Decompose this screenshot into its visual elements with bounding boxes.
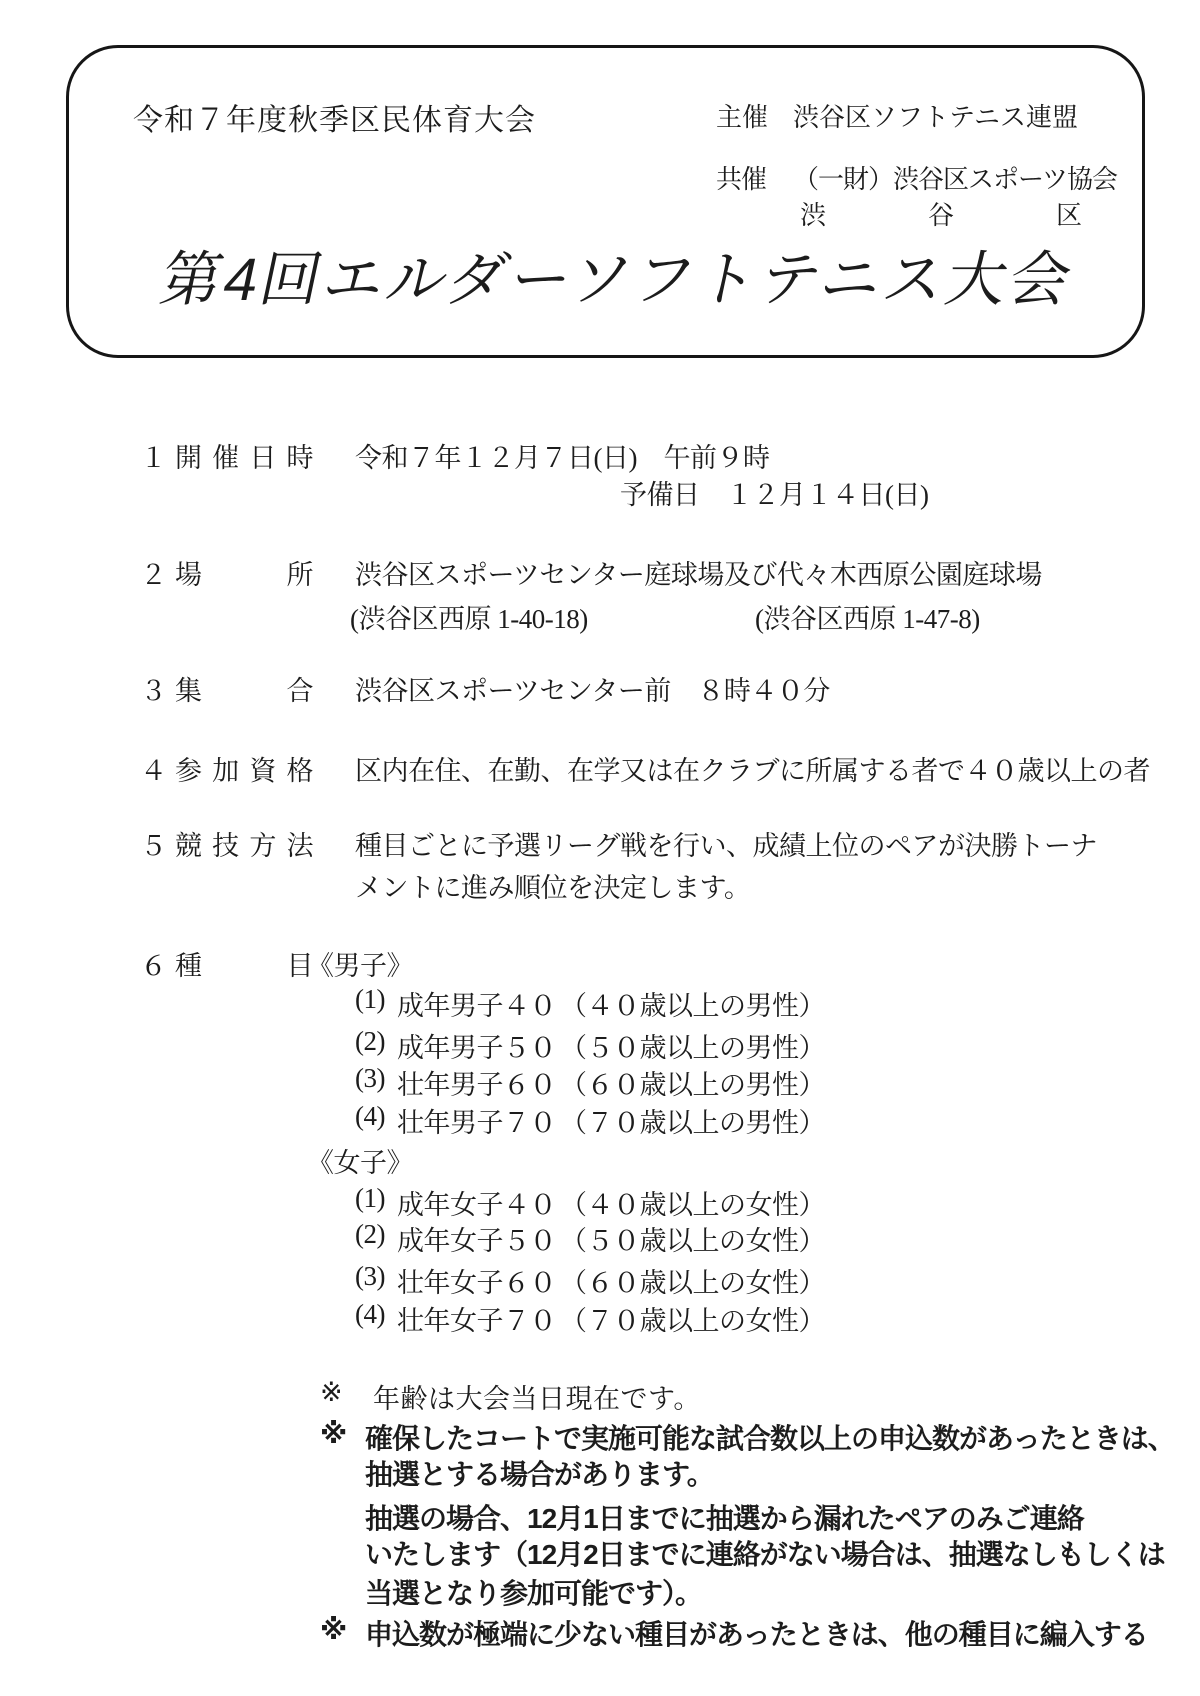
section-label-kaisai-nichiji: 開 催 日 時 bbox=[175, 436, 313, 475]
co-organizer-label: 共催 bbox=[716, 159, 766, 196]
label-char: 参 bbox=[175, 749, 202, 788]
section-label-sanka-shikaku: 参 加 資 格 bbox=[175, 749, 313, 788]
division-index: (1) bbox=[355, 1183, 385, 1214]
label-char: 場 bbox=[175, 553, 202, 592]
section-label-basho: 場 所 bbox=[175, 553, 313, 592]
section-number: ５ bbox=[140, 824, 167, 863]
co-organizer-name: （一財）渋谷区スポーツ協会 bbox=[793, 159, 1117, 196]
ward-char-2: 谷 bbox=[928, 195, 954, 232]
label-char: 技 bbox=[212, 824, 239, 863]
eligibility-value: 区内在住、在勤、在学又は在クラブに所属する者で４０歳以上の者 bbox=[355, 749, 1150, 788]
division-name: 壮年男子６０ bbox=[397, 1063, 556, 1102]
label-char: 競 bbox=[175, 824, 202, 863]
section-label-kyogi-hoho: 競 技 方 法 bbox=[175, 824, 313, 863]
label-char: 加 bbox=[212, 749, 239, 788]
label-char: 方 bbox=[249, 824, 276, 863]
division-name: 成年女子５０ bbox=[397, 1219, 556, 1258]
format-value-line1: 種目ごとに予選リーグ戦を行い、成績上位のペアが決勝トーナ bbox=[355, 824, 1097, 863]
division-description: （５０歳以上の男性） bbox=[560, 1026, 825, 1065]
section-number: １ bbox=[140, 436, 167, 475]
division-description: （７０歳以上の男性） bbox=[560, 1101, 825, 1140]
ward-char-3: 区 bbox=[1056, 195, 1082, 232]
division-description: （６０歳以上の男性） bbox=[560, 1063, 825, 1102]
section-label-shumoku: 種 目 bbox=[175, 944, 313, 983]
division-name: 成年男子４０ bbox=[397, 984, 556, 1023]
label-char: 法 bbox=[286, 824, 313, 863]
division-name: 壮年女子７０ bbox=[397, 1299, 556, 1338]
co-organizer-ward: 渋 谷 区 bbox=[800, 195, 1082, 232]
section-label-shugo: 集 合 bbox=[175, 669, 313, 708]
event-date-value: 令和７年１２月７日(日) 午前９時 bbox=[355, 436, 769, 475]
division-name: 成年女子４０ bbox=[397, 1183, 556, 1222]
document-page: 令和７年度秋季区民体育大会 主催 渋谷区ソフトテニス連盟 共催 （一財）渋谷区ス… bbox=[0, 0, 1200, 1696]
label-char: 時 bbox=[286, 436, 313, 475]
section-number: ４ bbox=[140, 749, 167, 788]
venue-value: 渋谷区スポーツセンター庭球場及び代々木西原公園庭球場 bbox=[355, 553, 1042, 592]
reference-mark-icon: ※ bbox=[320, 1377, 342, 1408]
division-name: 壮年男子７０ bbox=[397, 1101, 556, 1140]
division-description: （４０歳以上の男性） bbox=[560, 984, 825, 1023]
division-index: (4) bbox=[355, 1299, 385, 1330]
women-group-header: 《女子》 bbox=[307, 1141, 413, 1180]
organizer-label: 主催 bbox=[716, 97, 768, 134]
section-number: ３ bbox=[140, 669, 167, 708]
header-box: 令和７年度秋季区民体育大会 主催 渋谷区ソフトテニス連盟 共催 （一財）渋谷区ス… bbox=[66, 45, 1145, 358]
note-lottery-line2: 抽選とする場合があります。 bbox=[365, 1453, 714, 1493]
event-series-title: 令和７年度秋季区民体育大会 bbox=[133, 95, 536, 139]
section-number: ６ bbox=[140, 944, 167, 983]
label-char: 集 bbox=[175, 669, 202, 708]
division-index: (3) bbox=[355, 1063, 385, 1094]
division-index: (2) bbox=[355, 1026, 385, 1057]
men-group-header: 《男子》 bbox=[307, 944, 413, 983]
section-number: ２ bbox=[140, 553, 167, 592]
tournament-title: 第4回エルダーソフトテニス大会 bbox=[155, 248, 1080, 312]
venue-address-2: (渋谷区西原 1-47-8) bbox=[755, 597, 980, 636]
format-value-line2: メントに進み順位を決定します。 bbox=[355, 866, 750, 905]
reference-mark-icon: ※ bbox=[320, 1613, 346, 1646]
division-description: （６０歳以上の女性） bbox=[560, 1261, 825, 1300]
label-char: 格 bbox=[286, 749, 313, 788]
venue-address-1: (渋谷区西原 1-40-18) bbox=[350, 597, 588, 636]
organizer-name: 渋谷区ソフトテニス連盟 bbox=[793, 97, 1078, 134]
note-lottery-line5: 当選となり参加可能です）。 bbox=[365, 1572, 702, 1612]
meeting-value: 渋谷区スポーツセンター前 ８時４０分 bbox=[355, 669, 830, 708]
label-char: 催 bbox=[212, 436, 239, 475]
division-index: (2) bbox=[355, 1219, 385, 1250]
division-index: (4) bbox=[355, 1101, 385, 1132]
division-description: （５０歳以上の女性） bbox=[560, 1219, 825, 1258]
reference-mark-icon: ※ bbox=[320, 1417, 346, 1450]
division-description: （７０歳以上の女性） bbox=[560, 1299, 825, 1338]
ward-char-1: 渋 bbox=[800, 195, 826, 232]
division-name: 成年男子５０ bbox=[397, 1026, 556, 1065]
label-char: 日 bbox=[249, 436, 276, 475]
division-description: （４０歳以上の女性） bbox=[560, 1183, 825, 1222]
division-index: (1) bbox=[355, 984, 385, 1015]
note-age-text: 年齢は大会当日現在です。 bbox=[373, 1377, 701, 1416]
division-name: 壮年女子６０ bbox=[397, 1261, 556, 1300]
label-char: 資 bbox=[249, 749, 276, 788]
reserve-date-value: 予備日 １２月１４日(日) bbox=[620, 473, 928, 512]
label-char: 所 bbox=[287, 553, 314, 592]
label-char: 開 bbox=[175, 436, 202, 475]
note-lottery-line3: 抽選の場合、12月1日までに抽選から漏れたペアのみご連絡 bbox=[365, 1497, 1084, 1537]
label-char: 種 bbox=[175, 944, 202, 983]
division-index: (3) bbox=[355, 1261, 385, 1292]
note-lottery-line4: いたします（12月2日までに連絡がない場合は、抽選なしもしくは bbox=[365, 1533, 1165, 1573]
note-lottery-line1: 確保したコートで実施可能な試合数以上の申込数があったときは、 bbox=[365, 1417, 1175, 1457]
note-merge-text: 申込数が極端に少ない種目があったときは、他の種目に編入する bbox=[365, 1613, 1148, 1653]
label-char: 合 bbox=[287, 669, 314, 708]
